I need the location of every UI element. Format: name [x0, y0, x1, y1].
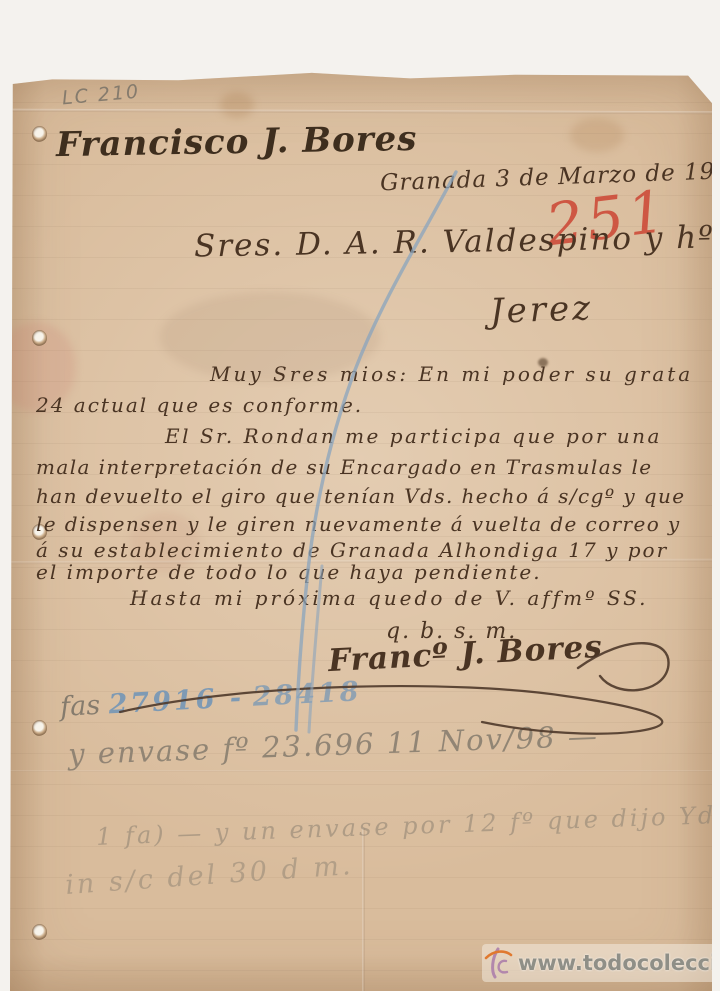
punch-hole: [32, 126, 47, 142]
body-line: 24 actual que es conforme.: [36, 393, 363, 417]
ledger-prefix: fas: [59, 690, 101, 723]
todocoleccion-logo-icon: [484, 946, 514, 980]
crease: [10, 109, 712, 114]
archive-code-note: LC 210: [61, 81, 141, 110]
watermark: www.todocoleccion.net: [482, 944, 720, 982]
ledger-note-1: fas 27916 - 28418: [59, 676, 362, 723]
ledger-note-2: y envase fº 23.696 11 Nov/98 —: [68, 719, 600, 772]
body-line: mala interpretación de su Encargado en T…: [36, 455, 653, 479]
watermark-site: www.todocoleccion: [518, 951, 720, 975]
body-line: Muy Sres mios: En mi poder su grata: [210, 362, 693, 386]
punch-hole: [32, 720, 47, 736]
body-line: El Sr. Rondan me participa que por una: [165, 424, 662, 448]
scanned-letter-photo: LC 210 Francisco J. Bores Granada 3 de M…: [0, 0, 720, 991]
faint-pencil-line-2: in s/c del 30 d m.: [64, 850, 354, 901]
body-line: á su establecimiento de Granada Alhondig…: [36, 538, 668, 562]
punch-hole: [32, 330, 47, 346]
closing-line: Hasta mi próxima quedo de V. affmº SS.: [130, 586, 649, 610]
stain: [570, 118, 624, 152]
watermark-url: www.todocoleccion.net: [518, 951, 720, 975]
letterhead-name: Francisco J. Bores: [56, 119, 418, 165]
crease: [10, 770, 712, 772]
crease: [362, 828, 365, 991]
letter-paper: LC 210 Francisco J. Bores Granada 3 de M…: [10, 72, 712, 991]
ledger-number-blue-2: 28418: [252, 676, 362, 713]
faint-pencil-line-1: 1 fa) — y un envase por 12 fº que dijo Y…: [96, 801, 717, 851]
body-line: el importe de todo lo que haya pendiente…: [36, 560, 542, 584]
stain: [220, 92, 254, 118]
punch-hole: [32, 924, 47, 940]
addressee-line: Sres. D. A. R. Valdespino y hº: [194, 219, 715, 264]
addressee-city: Jerez: [489, 288, 593, 332]
body-line: han devuelto el giro que tenían Vds. hec…: [36, 484, 686, 508]
ledger-number-blue: 27916 -: [108, 682, 245, 720]
signature-text: Francº J. Bores: [327, 629, 603, 679]
body-line: le dispensen y le giren nuevamente á vue…: [36, 512, 681, 536]
